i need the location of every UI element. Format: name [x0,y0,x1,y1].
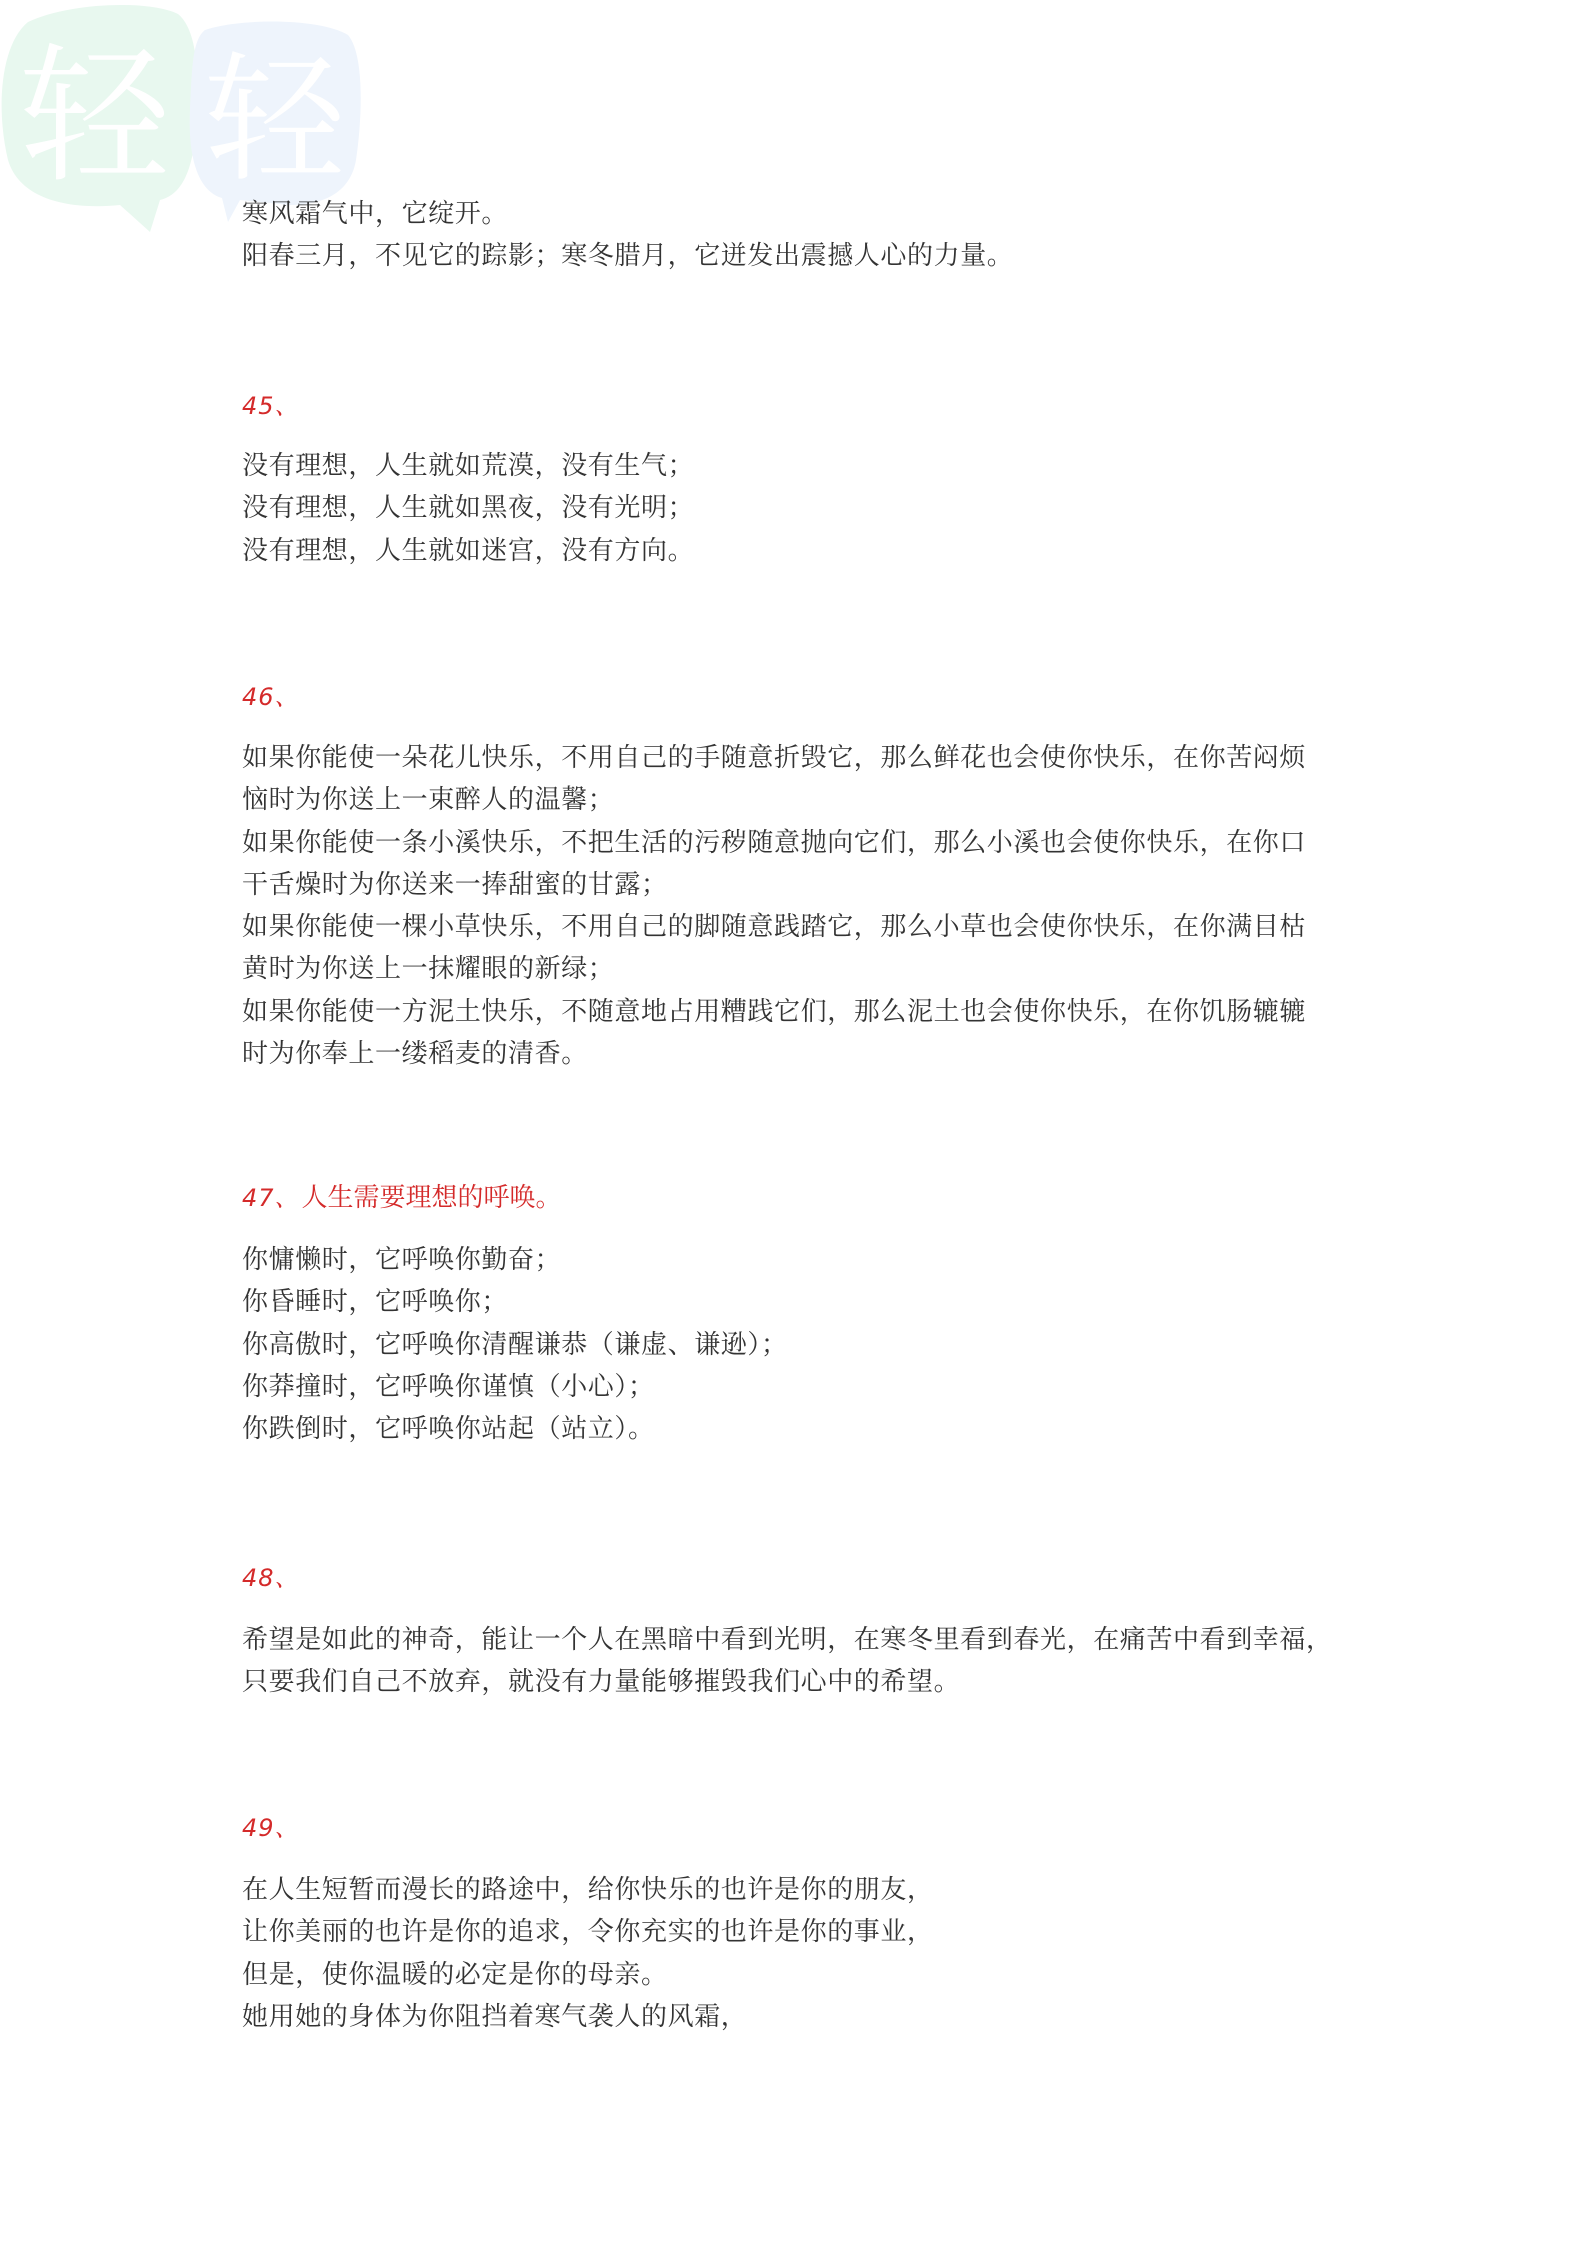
svg-text:轻: 轻 [20,30,172,204]
text-line: 时为你奉上一缕稻麦的清香。 [242,1033,1362,1075]
text-line: 没有理想，人生就如荒漠，没有生气； [242,445,1362,487]
section-heading-46: 46、 [242,677,302,717]
text-line: 如果你能使一方泥土快乐，不随意地占用糟践它们，那么泥土也会使你快乐，在你饥肠辘辘 [242,991,1362,1033]
text-line: 你高傲时，它呼唤你清醒谦恭（谦虚、谦逊）； [242,1324,1362,1366]
section-number: 48、 [242,1564,300,1592]
text-line: 如果你能使一朵花儿快乐，不用自己的手随意折毁它，那么鲜花也会使你快乐，在你苦闷烦 [242,737,1362,779]
section-body-46: 如果你能使一朵花儿快乐，不用自己的手随意折毁它，那么鲜花也会使你快乐，在你苦闷烦… [242,737,1362,1075]
section-heading-47: 47、人生需要理想的呼唤。 [242,1178,562,1218]
text-line: 如果你能使一棵小草快乐，不用自己的脚随意践踏它，那么小草也会使你快乐，在你满目枯 [242,906,1362,948]
text-line: 但是，使你温暖的必定是你的母亲。 [242,1954,1362,1996]
text-line: 你慵懒时，它呼唤你勤奋； [242,1239,1362,1281]
text-line: 黄时为你送上一抹耀眼的新绿； [242,948,1362,990]
section-heading-45: 45、 [242,386,302,426]
section-body-45: 没有理想，人生就如荒漠，没有生气； 没有理想，人生就如黑夜，没有光明； 没有理想… [242,445,1362,572]
text-line: 只要我们自己不放弃，就没有力量能够摧毁我们心中的希望。 [242,1661,1362,1703]
text-line: 希望是如此的神奇，能让一个人在黑暗中看到光明，在寒冬里看到春光，在痛苦中看到幸福… [242,1619,1362,1661]
section-number: 46、 [242,683,300,711]
section-title: 人生需要理想的呼唤。 [302,1183,562,1213]
intro-paragraph: 寒风霜气中，它绽开。 阳春三月，不见它的踪影；寒冬腊月，它迸发出震撼人心的力量。 [242,193,1362,278]
section-body-47: 你慵懒时，它呼唤你勤奋； 你昏睡时，它呼唤你； 你高傲时，它呼唤你清醒谦恭（谦虚… [242,1239,1362,1450]
text-line: 阳春三月，不见它的踪影；寒冬腊月，它迸发出震撼人心的力量。 [242,235,1362,277]
section-body-48: 希望是如此的神奇，能让一个人在黑暗中看到光明，在寒冬里看到春光，在痛苦中看到幸福… [242,1619,1362,1704]
text-line: 她用她的身体为你阻挡着寒气袭人的风霜， [242,1996,1362,2038]
section-heading-49: 49、 [242,1808,302,1848]
text-line: 干舌燥时为你送来一捧甜蜜的甘露； [242,864,1362,906]
svg-text:轻: 轻 [205,39,347,202]
section-heading-48: 48、 [242,1558,302,1598]
section-number: 49、 [242,1814,300,1842]
text-line: 你莽撞时，它呼唤你谨慎（小心）； [242,1366,1362,1408]
text-line: 在人生短暂而漫长的路途中，给你快乐的也许是你的朋友， [242,1869,1362,1911]
text-line: 恼时为你送上一束醉人的温馨； [242,779,1362,821]
text-line: 寒风霜气中，它绽开。 [242,193,1362,235]
section-number: 47、 [242,1184,300,1212]
text-line: 没有理想，人生就如黑夜，没有光明； [242,487,1362,529]
text-line: 让你美丽的也许是你的追求，令你充实的也许是你的事业， [242,1911,1362,1953]
section-number: 45、 [242,392,300,420]
text-line: 如果你能使一条小溪快乐，不把生活的污秽随意抛向它们，那么小溪也会使你快乐，在你口 [242,822,1362,864]
text-line: 你跌倒时，它呼唤你站起（站立）。 [242,1408,1362,1450]
text-line: 没有理想，人生就如迷宫，没有方向。 [242,530,1362,572]
section-body-49: 在人生短暂而漫长的路途中，给你快乐的也许是你的朋友， 让你美丽的也许是你的追求，… [242,1869,1362,2038]
text-line: 你昏睡时，它呼唤你； [242,1281,1362,1323]
